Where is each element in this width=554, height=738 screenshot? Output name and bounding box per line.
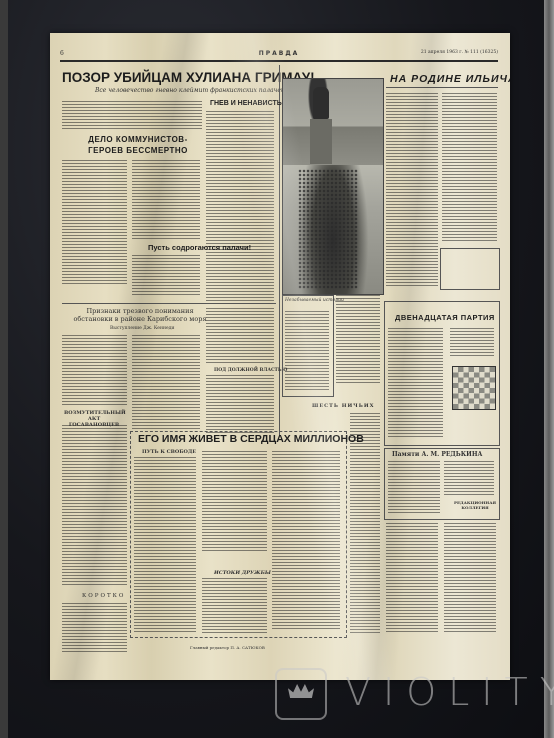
article-text: [132, 255, 200, 295]
violity-watermark: VIOLITY: [273, 668, 543, 718]
headline-executioners: Пусть содрогаются палачи!: [148, 243, 251, 252]
crowd: [298, 169, 358, 289]
article-text: [132, 335, 200, 430]
column-divider: [279, 65, 280, 435]
pedestal: [310, 119, 332, 164]
article-text: [444, 523, 496, 633]
headline-millions: ЕГО ИМЯ ЖИВЕТ В СЕРДЦАХ МИЛЛИОНОВ: [138, 433, 364, 445]
section-rule: [386, 87, 498, 88]
headline-memory: Памяти А. М. РЕДЬКИНА: [392, 451, 482, 458]
article-text: [386, 93, 438, 288]
headline-heroes: ДЕЛО КОММУНИСТОВ-ГЕРОЕВ БЕССМЕРТНО: [78, 134, 198, 156]
headline-path: ПУТЬ К СВОБОДЕ: [142, 449, 196, 455]
article-text: [62, 425, 127, 585]
section-rule: [62, 303, 276, 304]
chess-diagram: [452, 366, 496, 410]
article-text: [62, 603, 127, 653]
article-text: [388, 328, 443, 438]
article-text: [444, 461, 494, 496]
headline-main-sub: Все человечество гневно клеймит франкист…: [95, 87, 285, 94]
issue-date: 21 апреля 1963 г. № 111 (16325): [421, 50, 498, 55]
masthead-rule: [60, 60, 498, 62]
article-text: [202, 578, 267, 633]
lenin-monument-photo: [282, 78, 384, 295]
crown-icon: [275, 668, 327, 720]
headline-briefly: КОРОТКО: [82, 593, 125, 599]
board-edge: [0, 0, 8, 738]
headline-main: ПОЗОР УБИЙЦАМ ХУЛИАНА ГРИМАУ!: [62, 70, 315, 85]
article-text: [62, 101, 202, 129]
headline-lenin-home: НА РОДИНЕ ИЛЬИЧА: [390, 73, 510, 85]
article-text: [62, 160, 127, 285]
headline-chess: ДВЕНАДЦАТАЯ ПАРТИЯ: [395, 313, 495, 322]
headline-under-pressure: ПОД ДОЛЖНОЙ ВЛАСТЬЮ: [214, 368, 287, 373]
article-text: [62, 335, 127, 405]
article-text: [134, 457, 196, 632]
newspaper-page: 6 ПРАВДА 21 апреля 1963 г. № 111 (16325)…: [50, 33, 510, 680]
article-text: [132, 160, 200, 240]
article-text: [450, 328, 494, 358]
editorial-board: РЕДАКЦИОННАЯ КОЛЛЕГИЯ: [454, 500, 496, 510]
article-text: [388, 461, 440, 513]
article-text: [285, 311, 329, 391]
article-text: [202, 451, 267, 551]
headline-friendship: ИСТОКИ ДРУЖБЫ: [214, 570, 271, 576]
article-text: [336, 295, 380, 385]
article-text: [350, 413, 380, 633]
headline-six-draws: ШЕСТЬ НИЧЬИХ: [312, 403, 374, 409]
watermark-text: VIOLITY: [345, 670, 554, 714]
statue-figure: [313, 87, 329, 119]
boxed-note: [440, 248, 500, 290]
article-text: [206, 308, 274, 363]
article-text: [272, 451, 340, 631]
headline-anger: ГНЕВ И НЕНАВИСТЬ: [210, 100, 282, 107]
caribbean-byline: Выступление Дж. Кеннеди: [110, 326, 174, 331]
article-text: [386, 523, 438, 633]
masthead: 6 ПРАВДА 21 апреля 1963 г. № 111 (16325): [60, 50, 498, 60]
headline-caribbean: Признаки трезвого понимания обстановки в…: [70, 307, 210, 323]
footer-credit: Главный редактор П. А. САТЮКОВ: [190, 645, 265, 650]
article-text: [206, 375, 274, 435]
article-text: [442, 93, 497, 243]
article-text: [206, 111, 274, 301]
frame-edge: [544, 0, 554, 738]
